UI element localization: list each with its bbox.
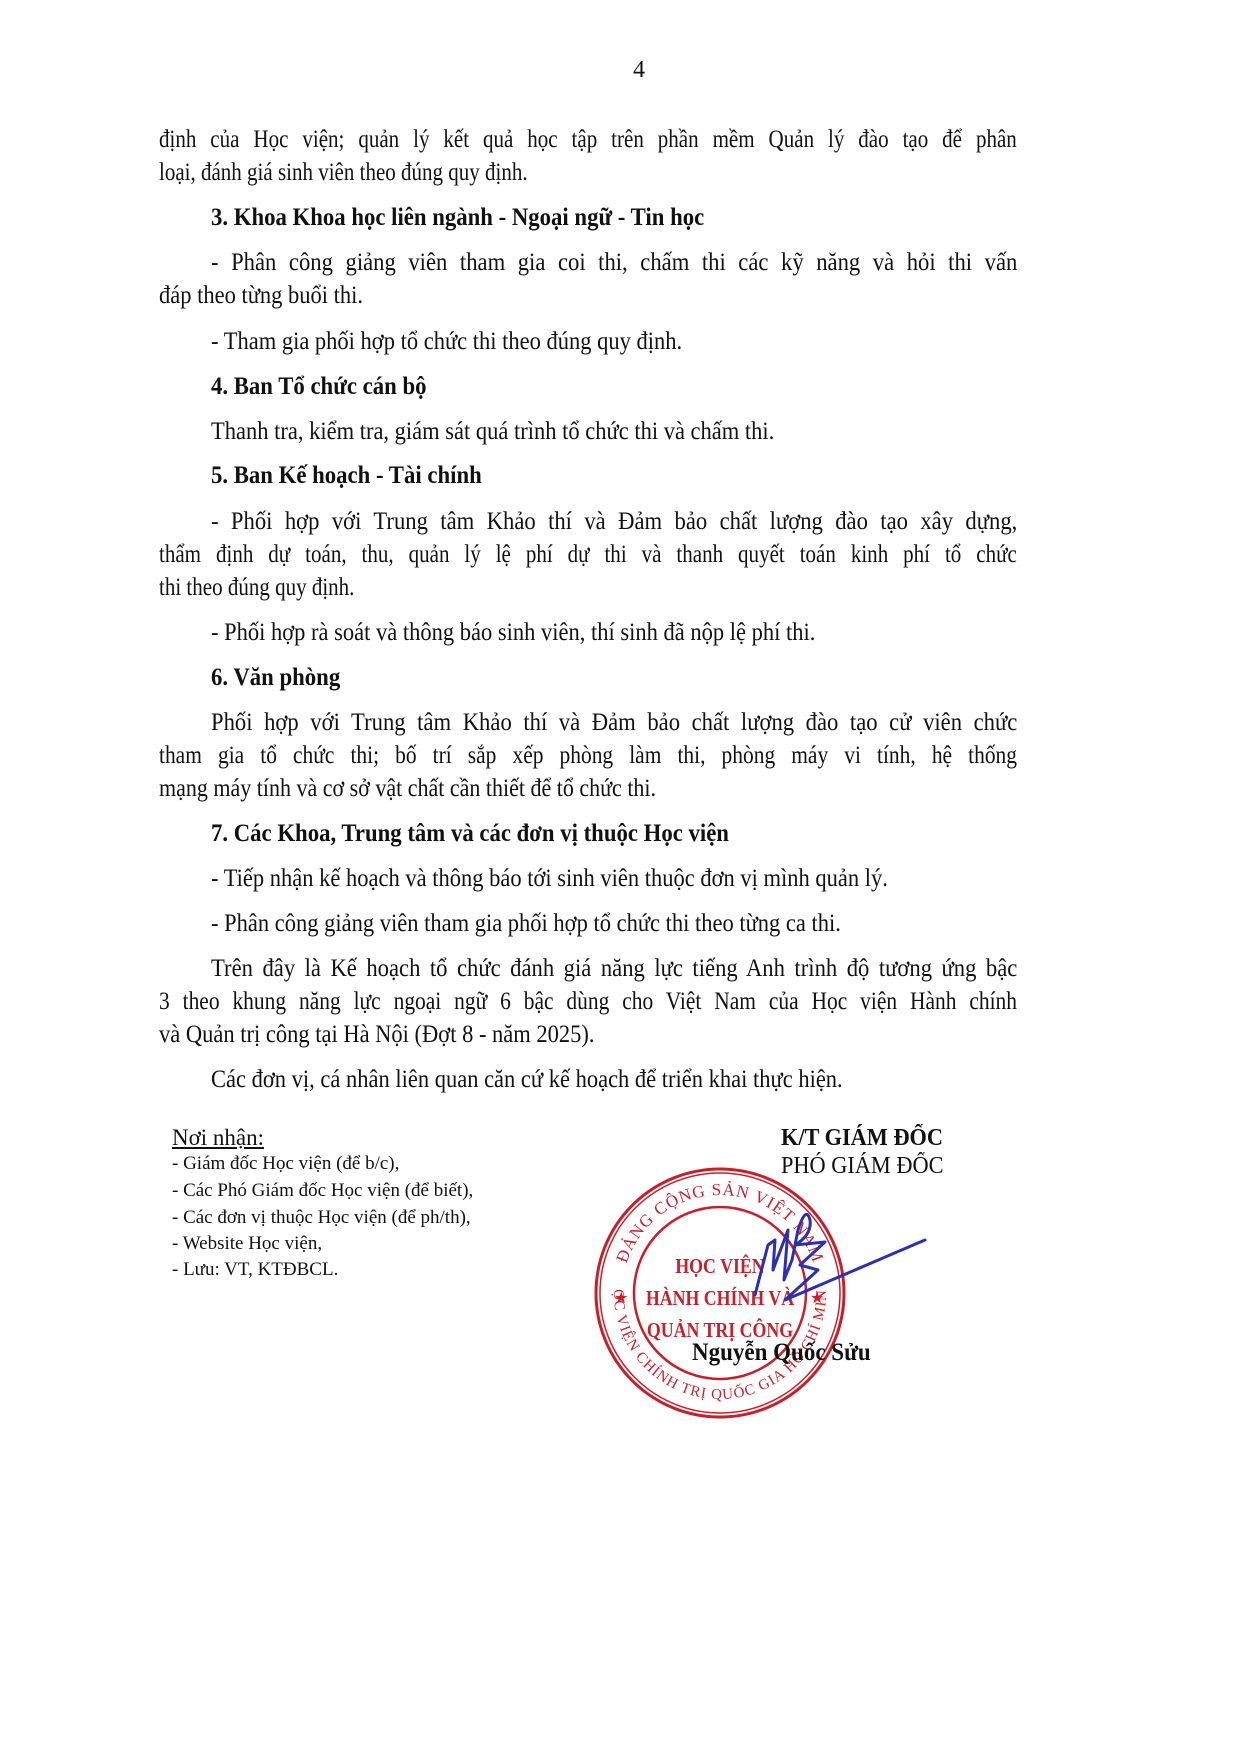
recipient-item: - Giám đốc Học viện (để b/c), xyxy=(172,1152,399,1176)
paragraph-line: loại, đánh giá sinh viên theo đúng quy đ… xyxy=(159,158,528,188)
recipient-item: - Các Phó Giám đốc Học viện (để biết), xyxy=(172,1179,473,1203)
section-heading-6: 6. Văn phòng xyxy=(211,663,340,693)
paragraph-line: - Phối hợp rà soát và thông báo sinh viê… xyxy=(211,618,815,648)
recipient-item: - Website Học viện, xyxy=(172,1232,322,1256)
paragraph-line: 3 theo khung năng lực ngoại ngữ 6 bậc dù… xyxy=(159,987,1017,1017)
paragraph-line: mạng máy tính và cơ sở vật chất cần thiế… xyxy=(159,774,656,804)
section-heading-3: 3. Khoa Khoa học liên ngành - Ngoại ngữ … xyxy=(211,203,704,233)
recipients-title: Nơi nhận: xyxy=(172,1123,264,1153)
paragraph-line: - Phân công giảng viên tham gia coi thi,… xyxy=(211,248,1017,278)
paragraph-line: thi theo đúng quy định. xyxy=(159,573,354,603)
paragraph-line: Phối hợp với Trung tâm Khảo thí và Đảm b… xyxy=(211,708,1017,738)
paragraph-line: - Phối hợp với Trung tâm Khảo thí và Đảm… xyxy=(211,507,1017,537)
paragraph-line: và Quản trị công tại Hà Nội (Đợt 8 - năm… xyxy=(159,1020,595,1050)
paragraph-line: Thanh tra, kiểm tra, giám sát quá trình … xyxy=(211,417,774,447)
paragraph-line: định của Học viện; quản lý kết quả học t… xyxy=(159,125,1017,155)
recipient-item: - Lưu: VT, KTĐBCL. xyxy=(172,1258,338,1282)
section-heading-5: 5. Ban Kế hoạch - Tài chính xyxy=(211,461,482,491)
paragraph-line: - Phân công giảng viên tham gia phối hợp… xyxy=(211,909,841,939)
section-heading-4: 4. Ban Tổ chức cán bộ xyxy=(211,372,426,402)
signature-title: K/T GIÁM ĐỐC xyxy=(781,1123,943,1153)
paragraph-line: Các đơn vị, cá nhân liên quan căn cứ kế … xyxy=(211,1065,843,1095)
page-number: 4 xyxy=(633,55,645,85)
signer-name: Nguyễn Quốc Sửu xyxy=(692,1338,871,1368)
document-page: 4 định của Học viện; quản lý kết quả học… xyxy=(0,0,1241,1755)
svg-text:★: ★ xyxy=(614,1290,628,1307)
paragraph-line: thẩm định dự toán, thu, quản lý lệ phí d… xyxy=(159,540,1017,570)
section-heading-7: 7. Các Khoa, Trung tâm và các đơn vị thu… xyxy=(211,819,729,849)
paragraph-line: - Tiếp nhận kế hoạch và thông báo tới si… xyxy=(211,864,888,894)
paragraph-line: tham gia tổ chức thi; bố trí sắp xếp phò… xyxy=(159,741,1017,771)
recipient-item: - Các đơn vị thuộc Học viện (để ph/th), xyxy=(172,1206,471,1230)
paragraph-line: Trên đây là Kế hoạch tổ chức đánh giá nă… xyxy=(211,954,1017,984)
paragraph-line: đáp theo từng buổi thi. xyxy=(159,281,363,311)
handwritten-signature-icon xyxy=(740,1200,930,1310)
paragraph-line: - Tham gia phối hợp tổ chức thi theo đún… xyxy=(211,327,682,357)
